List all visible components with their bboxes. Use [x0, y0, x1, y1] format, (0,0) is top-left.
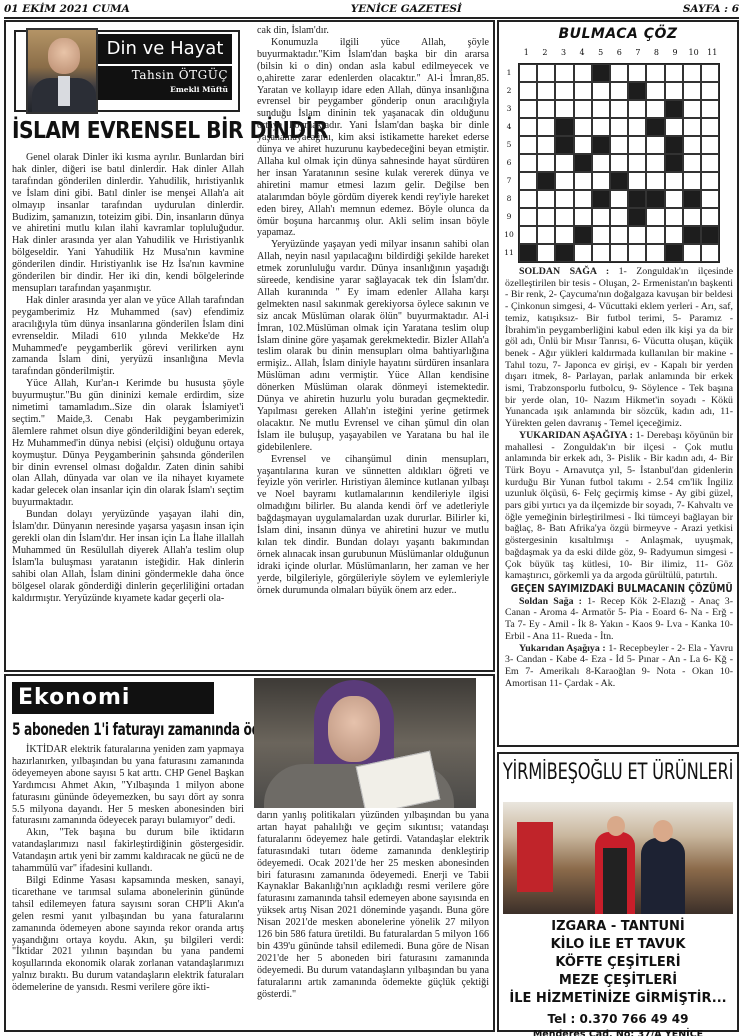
row-number: 5: [503, 136, 515, 154]
row-number: 2: [503, 82, 515, 100]
crossword-cell[interactable]: [646, 154, 664, 172]
crossword-cell[interactable]: [537, 64, 555, 82]
crossword-cell[interactable]: [574, 82, 592, 100]
column-number: 8: [647, 48, 666, 57]
crossword-cell[interactable]: [555, 208, 573, 226]
economy-article: Ekonomi Köşesi: 5 aboneden 1'i faturayı …: [4, 674, 495, 1032]
black-cell: [628, 208, 646, 226]
row-number: 4: [503, 118, 515, 136]
crossword-cell[interactable]: [665, 64, 683, 82]
crossword-cell[interactable]: [665, 190, 683, 208]
crossword-cell[interactable]: [665, 118, 683, 136]
crossword-cell[interactable]: [519, 208, 537, 226]
article-column-2: cak din, İslam'dır. Konumuzla ilgili yüc…: [257, 25, 489, 597]
black-cell: [665, 244, 683, 262]
row-number: 8: [503, 190, 515, 208]
crossword-cell[interactable]: [701, 244, 719, 262]
crossword-cell[interactable]: [537, 190, 555, 208]
paragraph: İKTİDAR elektrik faturalarına yeniden za…: [12, 744, 244, 827]
crossword-cell[interactable]: [537, 244, 555, 262]
crossword-cell[interactable]: [555, 100, 573, 118]
crossword-cell[interactable]: [646, 208, 664, 226]
page-number: SAYFA : 6: [683, 3, 739, 15]
crossword-cell[interactable]: [555, 82, 573, 100]
column-number: 10: [684, 48, 703, 57]
crossword-cell[interactable]: [646, 244, 664, 262]
paragraph: Bundan dolayı yeryüzünde yaşayan ilahi d…: [12, 509, 244, 604]
crossword-cell[interactable]: [610, 136, 628, 154]
ad-line: IZGARA - TANTUNİ: [499, 918, 737, 936]
crossword-cell[interactable]: [665, 226, 683, 244]
paragraph: Hak dinler arasında yer alan ve yüce All…: [12, 295, 244, 378]
newspaper-name: YENİCE GAZETESİ: [351, 3, 462, 15]
crossword-cell[interactable]: [610, 100, 628, 118]
crossword-cell[interactable]: [683, 244, 701, 262]
crossword-cell[interactable]: [519, 226, 537, 244]
crossword-cell[interactable]: [646, 100, 664, 118]
crossword-cell[interactable]: [628, 100, 646, 118]
crossword-cell[interactable]: [519, 82, 537, 100]
ad-line: İLE HİZMETİNİZE GİRMİŞTİR...: [499, 990, 737, 1008]
across-label: SOLDAN SAĞA :: [519, 266, 609, 277]
crossword-cell[interactable]: [610, 64, 628, 82]
crossword-cell[interactable]: [646, 226, 664, 244]
crossword-cell[interactable]: [574, 190, 592, 208]
crossword-cell[interactable]: [519, 118, 537, 136]
crossword-cell[interactable]: [610, 208, 628, 226]
crossword-cell[interactable]: [574, 118, 592, 136]
crossword-cell[interactable]: [519, 172, 537, 190]
crossword-cell[interactable]: [683, 100, 701, 118]
crossword-cell[interactable]: [701, 208, 719, 226]
crossword-cell[interactable]: [646, 136, 664, 154]
crossword-cell[interactable]: [537, 136, 555, 154]
crossword-cell[interactable]: [574, 100, 592, 118]
black-cell: [683, 190, 701, 208]
solution-title: GEÇEN SAYIMIZDAKİ BULMACANIN ÇÖZÜMÜ: [511, 583, 727, 595]
author-name: Tahsin ÖTGÜÇ: [98, 66, 228, 84]
crossword-cell[interactable]: [701, 154, 719, 172]
crossword-section: BULMACA ÇÖZ 1234567891011 1234567891011 …: [497, 20, 739, 747]
crossword-cell[interactable]: [519, 64, 537, 82]
column-number: 3: [554, 48, 573, 57]
crossword-cell[interactable]: [646, 172, 664, 190]
crossword-cell[interactable]: [574, 172, 592, 190]
article-column-1: Genel olarak Dinler iki kısma ayrılır. B…: [12, 152, 244, 604]
ad-services: IZGARA - TANTUNİ KİLO İLE ET TAVUK KÖFTE…: [499, 918, 737, 1036]
column-number: 1: [517, 48, 536, 57]
crossword-cell[interactable]: [628, 172, 646, 190]
crossword-cell[interactable]: [555, 190, 573, 208]
crossword-cell[interactable]: [592, 226, 610, 244]
crossword-cell[interactable]: [574, 244, 592, 262]
crossword-cell[interactable]: [665, 82, 683, 100]
author-block: Tahsin ÖTGÜÇ Emekli Müftü: [98, 66, 232, 100]
crossword-cell[interactable]: [537, 82, 555, 100]
crossword-cell[interactable]: [555, 226, 573, 244]
crossword-cell[interactable]: [537, 118, 555, 136]
paragraph: Konumuzla ilgili yüce Allah, şöyle buyur…: [257, 37, 489, 239]
crossword-cell[interactable]: [683, 172, 701, 190]
crossword-cell[interactable]: [628, 64, 646, 82]
crossword-cell[interactable]: [683, 118, 701, 136]
across-clues: SOLDAN SAĞA : 1- Zonguldak'ın ilçesinde …: [505, 266, 733, 430]
column-title: Ekonomi Köşesi:: [12, 682, 214, 714]
row-number: 6: [503, 154, 515, 172]
crossword-cell[interactable]: [628, 244, 646, 262]
crossword-cell[interactable]: [683, 82, 701, 100]
black-cell: [665, 100, 683, 118]
black-cell: [646, 190, 664, 208]
crossword-cell[interactable]: [519, 154, 537, 172]
black-cell: [610, 172, 628, 190]
crossword-cell[interactable]: [610, 226, 628, 244]
paragraph: Yeryüzünde yaşayan yedi milyar insanın s…: [257, 239, 489, 453]
crossword-cell[interactable]: [592, 154, 610, 172]
solution-across: Soldan Sağa : 1- Recep Kök 2-Elazığ - An…: [505, 596, 733, 643]
crossword-cell[interactable]: [555, 172, 573, 190]
crossword-cell[interactable]: [683, 208, 701, 226]
paragraph: Evrensel ve cihanşümul dinin mensupları,…: [257, 454, 489, 597]
row-number: 10: [503, 226, 515, 244]
crossword-cell[interactable]: [574, 208, 592, 226]
black-cell: [683, 226, 701, 244]
crossword-cell[interactable]: [628, 154, 646, 172]
religion-article: Din ve Hayat Tahsin ÖTGÜÇ Emekli Müftü İ…: [4, 20, 495, 672]
author-photo: [26, 28, 98, 114]
crossword-cell[interactable]: [592, 118, 610, 136]
advertisement: YİRMİBEŞOĞLU ET ÜRÜNLERİ IZGARA - TANTUN…: [497, 752, 739, 1032]
crossword-cell[interactable]: [592, 208, 610, 226]
column-numbers: 1234567891011: [517, 48, 722, 57]
crossword-cell[interactable]: [519, 136, 537, 154]
column-number: 5: [591, 48, 610, 57]
black-cell: [665, 136, 683, 154]
crossword-cell[interactable]: [701, 118, 719, 136]
ad-title: YİRMİBEŞOĞLU ET ÜRÜNLERİ: [500, 760, 735, 785]
paragraph: cak din, İslam'dır.: [257, 25, 489, 37]
article-column-1: İKTİDAR elektrik faturalarına yeniden za…: [12, 744, 244, 994]
crossword-cell[interactable]: [665, 172, 683, 190]
row-number: 1: [503, 64, 515, 82]
row-number: 9: [503, 208, 515, 226]
crossword-cell[interactable]: [701, 136, 719, 154]
column-number: 7: [629, 48, 648, 57]
black-cell: [592, 136, 610, 154]
ad-photo: [503, 802, 733, 914]
article-title: İSLAM EVRENSEL BİR DİNDİR: [12, 118, 214, 144]
paragraph: Akın, "Tek başına bu durum bile iktidarı…: [12, 827, 244, 875]
black-cell: [555, 136, 573, 154]
crossword-cell[interactable]: [610, 118, 628, 136]
black-cell: [519, 244, 537, 262]
author-role: Emekli Müftü: [98, 84, 228, 96]
crossword-cell[interactable]: [519, 190, 537, 208]
black-cell: [701, 226, 719, 244]
crossword-cell[interactable]: [628, 136, 646, 154]
article-column-2: darın yanlış politikaları yüzünden yılba…: [257, 810, 489, 1001]
black-cell: [646, 118, 664, 136]
crossword-cell[interactable]: [701, 190, 719, 208]
black-cell: [628, 82, 646, 100]
article-headline: 5 aboneden 1'i faturayı zamanında ödeyem…: [12, 720, 206, 740]
column-number: 2: [536, 48, 555, 57]
ad-line: MEZE ÇEŞİTLERİ: [499, 972, 737, 990]
column-number: 6: [610, 48, 629, 57]
crossword-cell[interactable]: [592, 100, 610, 118]
crossword-cell[interactable]: [592, 82, 610, 100]
down-clues: YUKARIDAN AŞAĞIYA : 1- Derebaşı köyünün …: [505, 430, 733, 582]
crossword-cell[interactable]: [683, 154, 701, 172]
row-number: 7: [503, 172, 515, 190]
ad-line: KÖFTE ÇEŞİTLERİ: [499, 954, 737, 972]
paragraph: Bilgi Edinme Yasası kapsamında mesken, s…: [12, 875, 244, 994]
black-cell: [574, 154, 592, 172]
crossword-cell[interactable]: [519, 100, 537, 118]
crossword-cell[interactable]: [701, 82, 719, 100]
column-number: 11: [703, 48, 722, 57]
row-number: 3: [503, 100, 515, 118]
crossword-cell[interactable]: [683, 136, 701, 154]
crossword-cell[interactable]: [701, 100, 719, 118]
crossword-cell[interactable]: [665, 208, 683, 226]
down-label: YUKARIDAN AŞAĞIYA :: [519, 430, 633, 441]
crossword-cell[interactable]: [537, 100, 555, 118]
column-number: 9: [666, 48, 685, 57]
page-header: 01 EKİM 2021 CUMA YENİCE GAZETESİ SAYFA …: [4, 0, 739, 19]
crossword-cell[interactable]: [574, 136, 592, 154]
black-cell: [592, 190, 610, 208]
black-cell: [555, 118, 573, 136]
crossword-cell[interactable]: [555, 64, 573, 82]
black-cell: [592, 64, 610, 82]
paragraph: Yüce Allah, Kur'an-ı Kerimde bu hususta …: [12, 378, 244, 509]
black-cell: [555, 244, 573, 262]
issue-date: 01 EKİM 2021 CUMA: [4, 3, 130, 15]
paragraph: Genel olarak Dinler iki kısma ayrılır. B…: [12, 152, 244, 295]
crossword-cell[interactable]: [610, 154, 628, 172]
ad-line: KİLO İLE ET TAVUK: [499, 936, 737, 954]
crossword-cell[interactable]: [555, 154, 573, 172]
black-cell: [628, 190, 646, 208]
row-numbers: 1234567891011: [503, 64, 515, 262]
ad-phone: Tel : 0.370 766 49 49: [499, 1010, 737, 1028]
crossword-cell[interactable]: [537, 226, 555, 244]
crossword-cell[interactable]: [592, 172, 610, 190]
crossword-cell[interactable]: [646, 64, 664, 82]
crossword-cell[interactable]: [574, 64, 592, 82]
row-number: 11: [503, 244, 515, 262]
black-cell: [665, 154, 683, 172]
crossword-cell[interactable]: [701, 172, 719, 190]
crossword-grid[interactable]: [518, 63, 720, 263]
crossword-cell[interactable]: [646, 82, 664, 100]
paragraph: darın yanlış politikaları yüzünden yılba…: [257, 810, 489, 1001]
article-photo: [254, 678, 476, 808]
crossword-cell[interactable]: [628, 226, 646, 244]
black-cell: [537, 172, 555, 190]
ad-address: Menderes Cad. No: 37/A YENİCE: [499, 1028, 737, 1036]
crossword-cell[interactable]: [537, 208, 555, 226]
crossword-title: BULMACA ÇÖZ: [499, 26, 737, 42]
solution-down: Yukarıdan Aşağıya : 1- Recepbeyler - 2- …: [505, 643, 733, 690]
crossword-cell[interactable]: [610, 82, 628, 100]
crossword-cell[interactable]: [537, 154, 555, 172]
crossword-cell[interactable]: [701, 64, 719, 82]
crossword-cell[interactable]: [592, 244, 610, 262]
crossword-cell[interactable]: [628, 118, 646, 136]
crossword-cell[interactable]: [683, 64, 701, 82]
black-cell: [574, 226, 592, 244]
crossword-cell[interactable]: [610, 244, 628, 262]
column-number: 4: [573, 48, 592, 57]
crossword-cell[interactable]: [610, 190, 628, 208]
column-title: Din ve Hayat: [98, 34, 232, 64]
crossword-clues: SOLDAN SAĞA : 1- Zonguldak'ın ilçesinde …: [505, 266, 733, 689]
